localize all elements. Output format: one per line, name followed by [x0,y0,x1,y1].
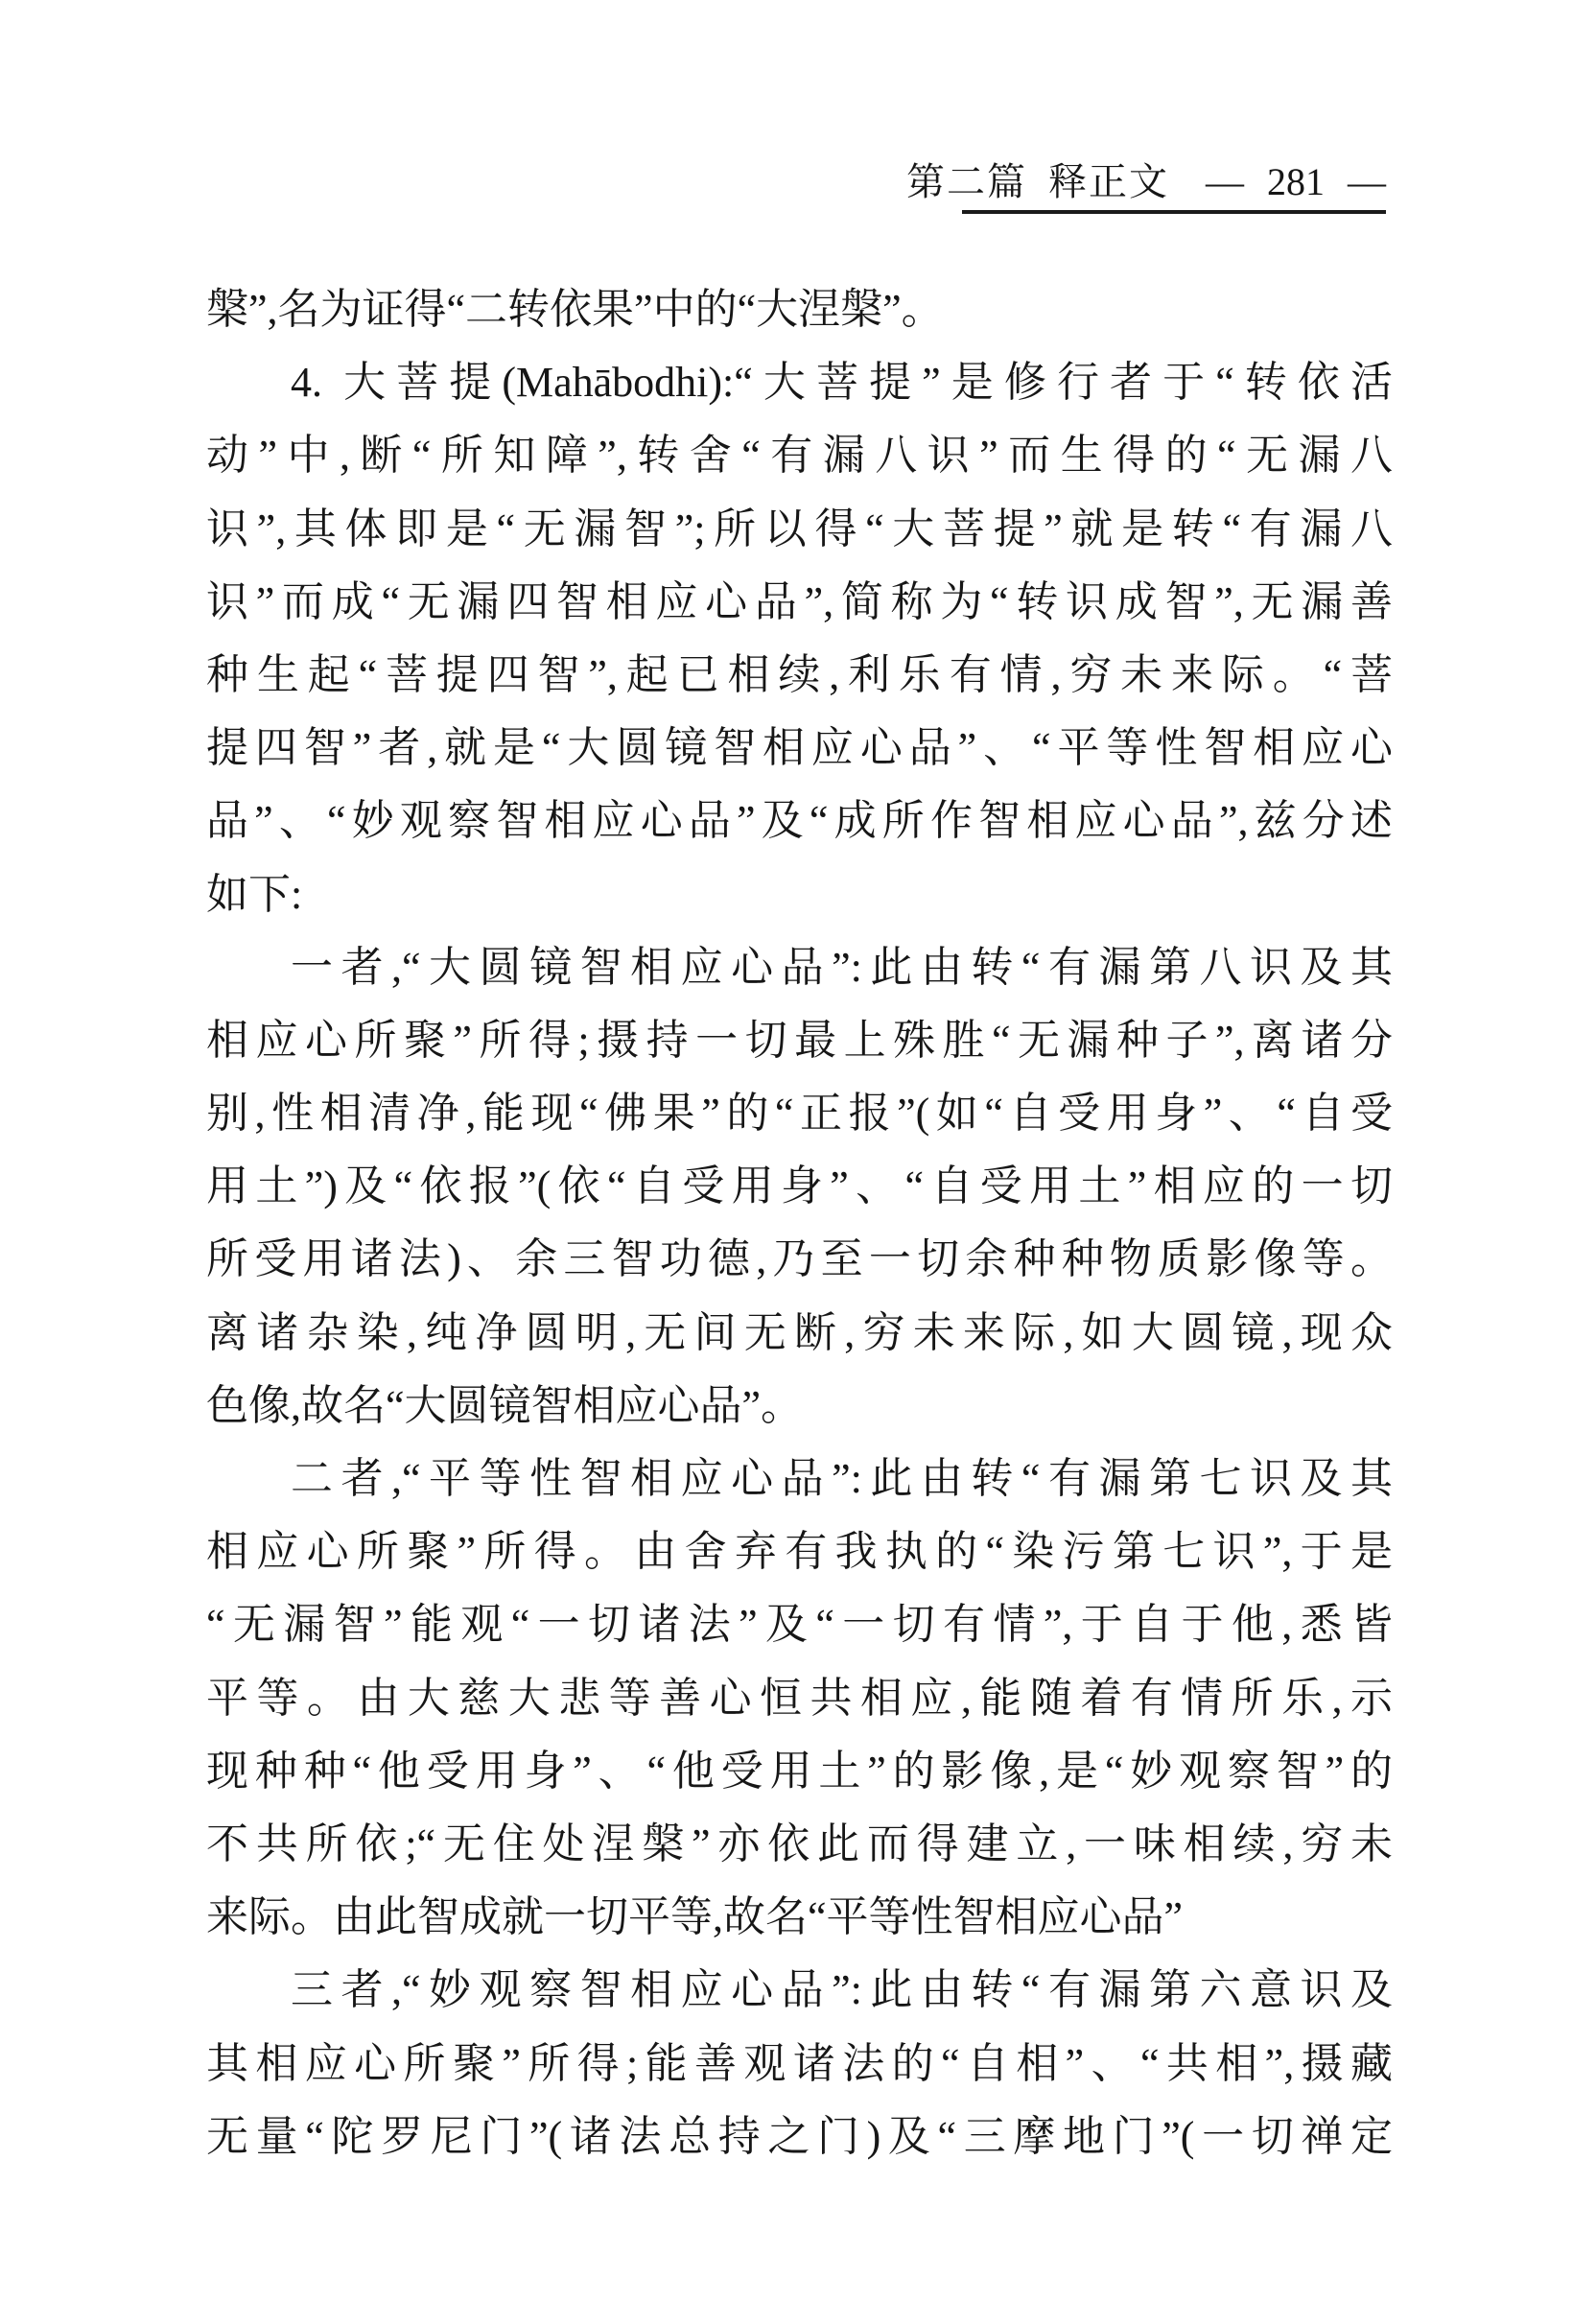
text-line: 识”而成“无漏四智相应心品”,简称为“转识成智”,无漏善 [206,566,1393,639]
text-line: 动”中,断“所知障”,转舍“有漏八识”而生得的“无漏八 [206,419,1393,492]
text-line: 相应心所聚”所得。由舍弃有我执的“染污第七识”,于是 [206,1515,1393,1588]
text-line: 品”、“妙观察智相应心品”及“成所作智相应心品”,兹分述 [206,785,1393,857]
text-line: 提四智”者,就是“大圆镜智相应心品”、“平等性智相应心 [206,712,1393,785]
text-line: 其相应心所聚”所得;能善观诸法的“自相”、“共相”,摄藏 [206,2028,1393,2101]
text-line: 槃”,名为证得“二转依果”中的“大涅槃”。 [206,273,1393,346]
text-line: 如下: [206,858,1393,931]
page-number: — 281 — [1206,159,1386,205]
section-title: 第二篇 释正文 [906,159,1169,205]
page-header: 第二篇 释正文 — 281 — [906,159,1386,205]
text-line: 色像,故名“大圆镜智相应心品”。 [206,1370,1393,1443]
text-line: 一者,“大圆镜智相应心品”:此由转“有漏第八识及其 [206,931,1393,1004]
text-line: “无漏智”能观“一切诸法”及“一切有情”,于自于他,悉皆 [206,1588,1393,1661]
header-rule [962,210,1386,214]
text-block: 槃”,名为证得“二转依果”中的“大涅槃”。4. 大菩提(Mahābodhi):“… [206,273,1393,2173]
text-line: 相应心所聚”所得;摄持一切最上殊胜“无漏种子”,离诸分 [206,1004,1393,1077]
text-line: 识”,其体即是“无漏智”;所以得“大菩提”就是转“有漏八 [206,493,1393,566]
text-line: 来际。由此智成就一切平等,故名“平等性智相应心品” [206,1881,1393,1954]
book-page: 第二篇 释正文 — 281 — 槃”,名为证得“二转依果”中的“大涅槃”。4. … [0,0,1596,2301]
text-line: 离诸杂染,纯净圆明,无间无断,穷未来际,如大圆镜,现众 [206,1297,1393,1370]
text-line: 用土”)及“依报”(依“自受用身”、“自受用土”相应的一切 [206,1150,1393,1223]
text-line: 平等。由大慈大悲等善心恒共相应,能随着有情所乐,示 [206,1662,1393,1735]
text-line: 别,性相清净,能现“佛果”的“正报”(如“自受用身”、“自受 [206,1077,1393,1150]
text-line: 4. 大菩提(Mahābodhi):“大菩提”是修行者于“转依活 [206,346,1393,419]
text-line: 三者,“妙观察智相应心品”:此由转“有漏第六意识及 [206,1954,1393,2027]
text-line: 二者,“平等性智相应心品”:此由转“有漏第七识及其 [206,1443,1393,1515]
text-line: 种生起“菩提四智”,起已相续,利乐有情,穷未来际。“菩 [206,639,1393,712]
text-line: 不共所依;“无住处涅槃”亦依此而得建立,一味相续,穷未 [206,1808,1393,1881]
text-line: 所受用诸法)、余三智功德,乃至一切余种种物质影像等。 [206,1223,1393,1296]
text-line: 现种种“他受用身”、“他受用土”的影像,是“妙观察智”的 [206,1735,1393,1808]
text-line: 无量“陀罗尼门”(诸法总持之门)及“三摩地门”(一切禅定 [206,2101,1393,2173]
